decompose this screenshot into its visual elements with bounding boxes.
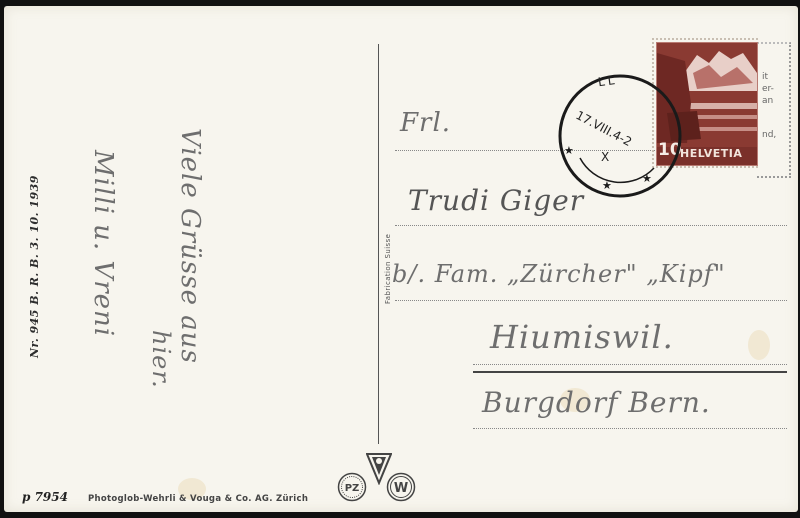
svg-text:★: ★ (564, 145, 574, 157)
center-divider (378, 44, 379, 444)
postmark-town: LL (597, 73, 618, 90)
pz-logo-icon: PZ (337, 472, 367, 502)
address-line-rule (395, 300, 787, 301)
address-salutation: Frl. (400, 108, 451, 138)
svg-text:W: W (394, 481, 408, 496)
message-line-2: hier. (147, 330, 175, 389)
address-town: Hiumiswil. (490, 318, 674, 356)
publisher-credit: Photoglob-Wehrli & Vouga & Co. AG. Züric… (88, 494, 308, 504)
stamp-tab (757, 42, 791, 178)
message-line-3: Milli u. Vreni (88, 150, 118, 337)
address-line-rule (395, 225, 787, 226)
svg-text:★: ★ (602, 180, 612, 192)
address-line-rule (473, 364, 787, 365)
address-care-of: b/. Fam. „Zürcher" „Kipf" (392, 260, 726, 288)
address-region: Burgdorf Bern. (482, 386, 711, 419)
postmark-mark: X (601, 150, 609, 164)
fabrication-label: Fabrication Suisse (384, 232, 392, 306)
svg-text:PZ: PZ (345, 483, 360, 494)
address-underline (473, 371, 787, 373)
stamp-tab-text: it (762, 72, 768, 83)
stamp-tab-text: er- (762, 84, 774, 95)
card-number: p 7954 (22, 490, 68, 504)
w-logo-icon: W (386, 472, 416, 502)
stamp-country: HELVETIA (680, 147, 742, 160)
address-line-rule (473, 428, 787, 429)
message-line-1: Viele Grüsse aus (175, 128, 205, 364)
approval-number: Nr. 945 B. R. B. 3. 10. 1939 (28, 175, 41, 358)
stain (748, 330, 770, 360)
svg-text:★: ★ (642, 173, 652, 185)
stamp-tab-text: an (762, 96, 773, 107)
stamp-tab-text: nd, (762, 130, 776, 141)
